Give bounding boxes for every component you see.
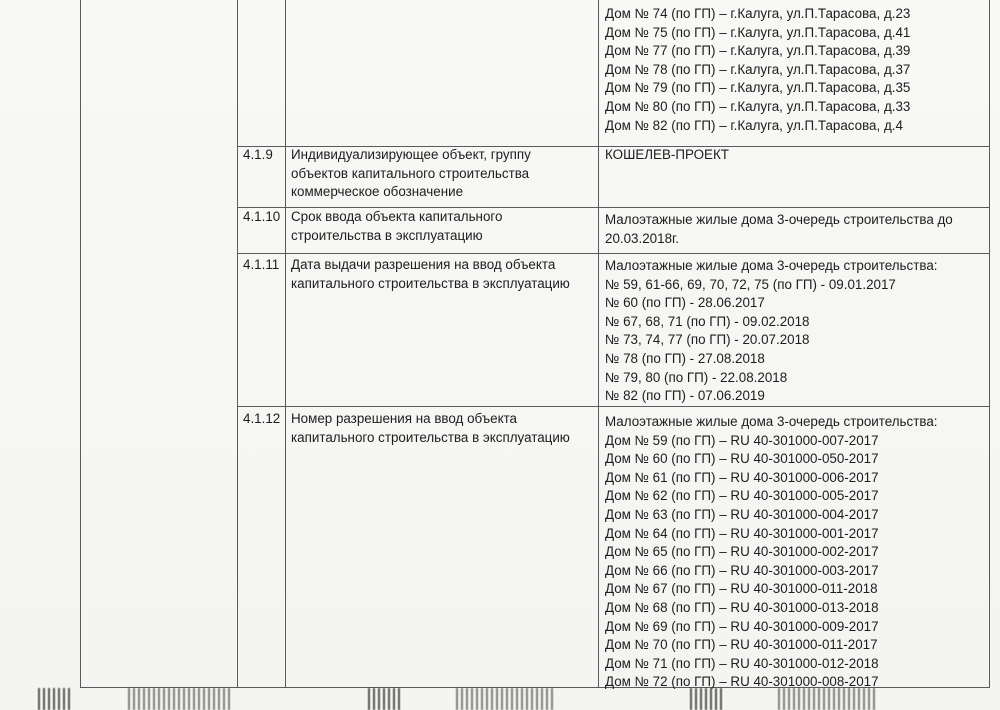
value-line: № 60 (по ГП) - 28.06.2017: [605, 294, 937, 313]
value-line: Дом № 70 (по ГП) – RU 40-301000-011-2017: [605, 636, 937, 655]
address-line: Дом № 75 (по ГП) – г.Калуга, ул.П.Тарасо…: [605, 24, 910, 43]
column-divider-number: [237, 0, 238, 688]
scan-artifact-mark: [38, 688, 72, 710]
scan-artifact-mark: [128, 688, 230, 710]
row-number: 4.1.9: [243, 146, 273, 165]
row-label: Номер разрешения на ввод объекта капитал…: [291, 410, 591, 447]
address-line: Дом № 77 (по ГП) – г.Калуга, ул.П.Тарасо…: [605, 42, 910, 61]
value-line: № 59, 61-66, 69, 70, 72, 75 (по ГП) - 09…: [605, 276, 937, 295]
column-divider-label: [285, 0, 286, 688]
row-number: 4.1.12: [243, 410, 280, 429]
row-value: Малоэтажные жилые дома 3-очередь строите…: [605, 413, 937, 692]
value-line: Дом № 62 (по ГП) – RU 40-301000-005-2017: [605, 487, 937, 506]
value-line: Дом № 71 (по ГП) – RU 40-301000-012-2018: [605, 655, 937, 674]
row-label: Дата выдачи разрешения на ввод объекта к…: [291, 256, 591, 293]
scan-artifact-mark: [690, 688, 722, 710]
value-line: Малоэтажные жилые дома 3-очередь строите…: [605, 413, 937, 432]
address-line: Дом № 79 (по ГП) – г.Калуга, ул.П.Тарасо…: [605, 79, 910, 98]
address-line: Дом № 78 (по ГП) – г.Калуга, ул.П.Тарасо…: [605, 61, 910, 80]
address-list: Дом № 74 (по ГП) – г.Калуга, ул.П.Тарасо…: [605, 5, 910, 135]
address-line: Дом № 80 (по ГП) – г.Калуга, ул.П.Тарасо…: [605, 98, 910, 117]
value-line: Дом № 72 (по ГП) – RU 40-301000-008-2017: [605, 673, 937, 692]
value-line: Дом № 60 (по ГП) – RU 40-301000-050-2017: [605, 450, 937, 469]
scanned-document-page: Дом № 74 (по ГП) – г.Калуга, ул.П.Тарасо…: [0, 0, 1000, 710]
value-line: 20.03.2018г.: [605, 230, 953, 249]
scan-artifact-mark: [456, 688, 556, 710]
row-divider: [237, 406, 990, 407]
row-label: Индивидуализирующее объект, группу объек…: [291, 146, 591, 202]
value-line: Дом № 69 (по ГП) – RU 40-301000-009-2017: [605, 618, 937, 637]
row-number: 4.1.11: [243, 256, 279, 275]
value-line: Дом № 67 (по ГП) – RU 40-301000-011-2018: [605, 580, 937, 599]
column-divider-value: [598, 0, 599, 688]
value-line: № 78 (по ГП) - 27.08.2018: [605, 350, 937, 369]
value-line: КОШЕЛЕВ-ПРОЕКТ: [605, 146, 729, 165]
value-line: Дом № 64 (по ГП) – RU 40-301000-001-2017: [605, 525, 937, 544]
row-divider: [237, 253, 990, 254]
value-line: Малоэтажные жилые дома 3-очередь строите…: [605, 257, 937, 276]
row-value: Малоэтажные жилые дома 3-очередь строите…: [605, 211, 953, 248]
value-line: Дом № 66 (по ГП) – RU 40-301000-003-2017: [605, 562, 937, 581]
value-line: № 82 (по ГП) - 07.06.2019: [605, 387, 937, 406]
scan-artifact-mark: [368, 688, 400, 710]
address-line: Дом № 74 (по ГП) – г.Калуга, ул.П.Тарасо…: [605, 5, 910, 24]
value-line: Дом № 61 (по ГП) – RU 40-301000-006-2017: [605, 469, 937, 488]
value-line: Дом № 63 (по ГП) – RU 40-301000-004-2017: [605, 506, 937, 525]
value-line: Малоэтажные жилые дома 3-очередь строите…: [605, 211, 953, 230]
value-line: № 67, 68, 71 (по ГП) - 09.02.2018: [605, 313, 937, 332]
address-line: Дом № 82 (по ГП) – г.Калуга, ул.П.Тарасо…: [605, 117, 910, 136]
row-value: КОШЕЛЕВ-ПРОЕКТ: [605, 146, 729, 165]
row-number: 4.1.10: [243, 208, 280, 227]
row-label: Срок ввода объекта капитального строител…: [291, 208, 591, 245]
table-border-left: [80, 0, 81, 688]
value-line: Дом № 68 (по ГП) – RU 40-301000-013-2018: [605, 599, 937, 618]
table-border-right: [989, 0, 990, 688]
value-line: Дом № 65 (по ГП) – RU 40-301000-002-2017: [605, 543, 937, 562]
value-line: № 79, 80 (по ГП) - 22.08.2018: [605, 369, 937, 388]
value-line: Дом № 59 (по ГП) – RU 40-301000-007-2017: [605, 432, 937, 451]
row-value: Малоэтажные жилые дома 3-очередь строите…: [605, 257, 937, 406]
value-line: № 73, 74, 77 (по ГП) - 20.07.2018: [605, 331, 937, 350]
scan-artifact-mark: [778, 688, 878, 710]
